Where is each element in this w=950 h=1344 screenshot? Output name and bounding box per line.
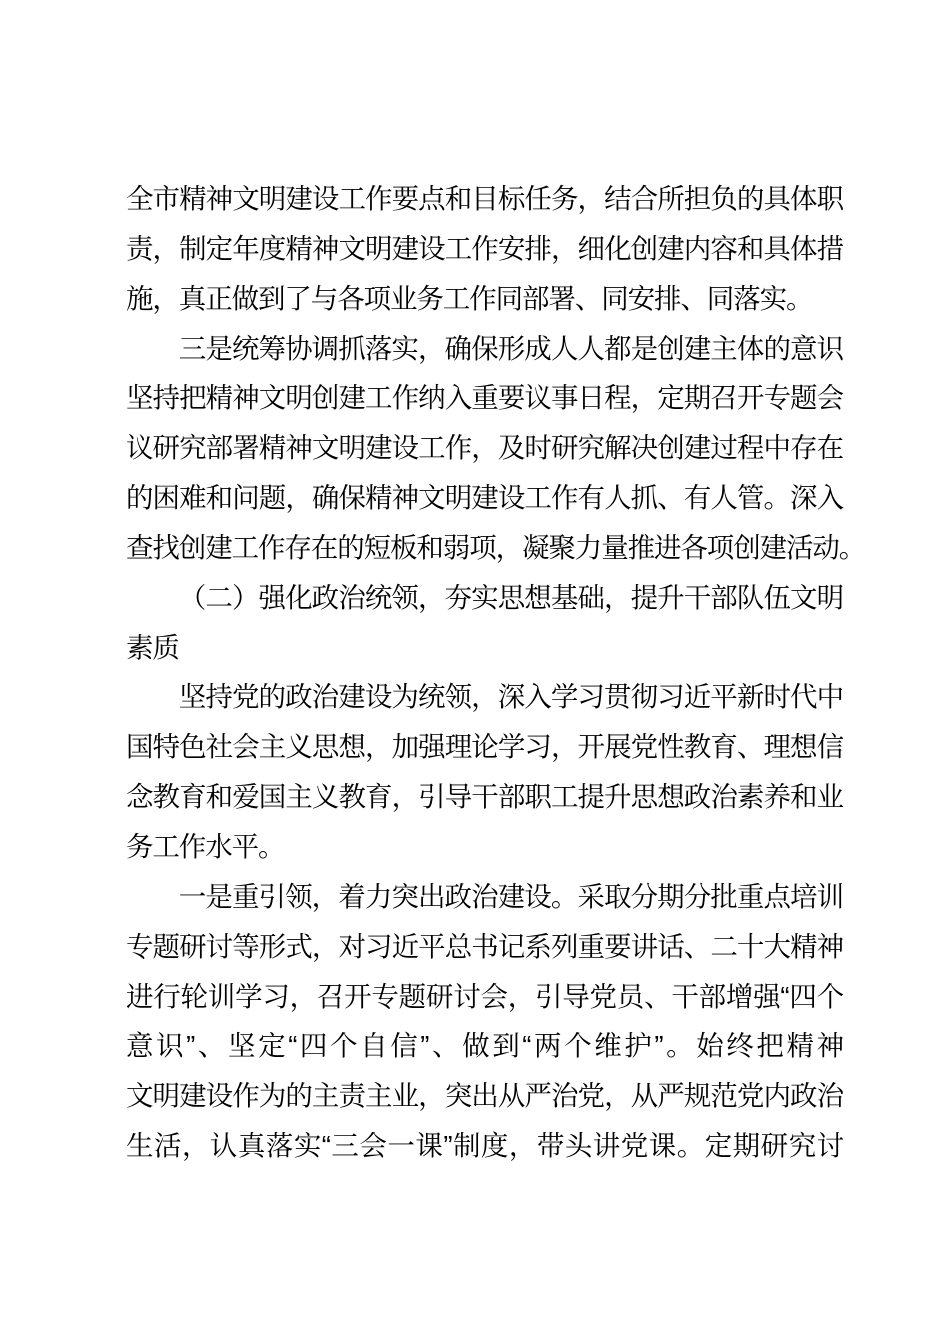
text-line: （二）强化政治统领，夯实思想基础，提升干部队伍文明 [126, 573, 843, 623]
paragraph: （二）强化政治统领，夯实思想基础，提升干部队伍文明素质 [126, 573, 843, 673]
text-line: 专题研讨等形式，对习近平总书记系列重要讲话、二十大精神 [126, 922, 843, 972]
document-page: 全市精神文明建设工作要点和目标任务，结合所担负的具体职责，制定年度精神文明建设工… [0, 0, 950, 1344]
paragraph: 三是统筹协调抓落实，确保形成人人都是创建主体的意识坚持把精神文明创建工作纳入重要… [126, 324, 843, 573]
text-line: 进行轮训学习，召开专题研讨会，引导党员、干部增强“四个 [126, 972, 843, 1022]
text-line: 生活，认真落实“三会一课”制度，带头讲党课。定期研究讨 [126, 1121, 843, 1171]
text-line: 责，制定年度精神文明建设工作安排，细化创建内容和具体措 [126, 224, 843, 274]
text-line: 施，真正做到了与各项业务工作同部署、同安排、同落实。 [126, 274, 843, 324]
paragraph: 全市精神文明建设工作要点和目标任务，结合所担负的具体职责，制定年度精神文明建设工… [126, 174, 843, 324]
text-line: 国特色社会主义思想，加强理论学习，开展党性教育、理想信 [126, 722, 843, 772]
text-line: 三是统筹协调抓落实，确保形成人人都是创建主体的意识 [126, 324, 843, 374]
text-line: 坚持把精神文明创建工作纳入重要议事日程，定期召开专题会 [126, 373, 843, 423]
text-line: 坚持党的政治建设为统领，深入学习贯彻习近平新时代中 [126, 672, 843, 722]
text-line: 一是重引领，着力突出政治建设。采取分期分批重点培训 [126, 872, 843, 922]
paragraph: 坚持党的政治建设为统领，深入学习贯彻习近平新时代中国特色社会主义思想，加强理论学… [126, 672, 843, 871]
text-line: 的困难和问题，确保精神文明建设工作有人抓、有人管。深入 [126, 473, 843, 523]
text-line: 全市精神文明建设工作要点和目标任务，结合所担负的具体职 [126, 174, 843, 224]
text-line: 务工作水平。 [126, 822, 843, 872]
text-line: 文明建设作为的主责主业，突出从严治党，从严规范党内政治 [126, 1071, 843, 1121]
text-line: 查找创建工作存在的短板和弱项，凝聚力量推进各项创建活动。 [126, 523, 843, 573]
text-line: 意识”、坚定“四个自信”、做到“两个维护”。始终把精神 [126, 1021, 843, 1071]
document-body: 全市精神文明建设工作要点和目标任务，结合所担负的具体职责，制定年度精神文明建设工… [126, 174, 843, 1171]
text-line: 议研究部署精神文明建设工作，及时研究解决创建过程中存在 [126, 423, 843, 473]
text-line: 素质 [126, 623, 843, 673]
paragraph: 一是重引领，着力突出政治建设。采取分期分批重点培训专题研讨等形式，对习近平总书记… [126, 872, 843, 1171]
text-line: 念教育和爱国主义教育，引导干部职工提升思想政治素养和业 [126, 772, 843, 822]
